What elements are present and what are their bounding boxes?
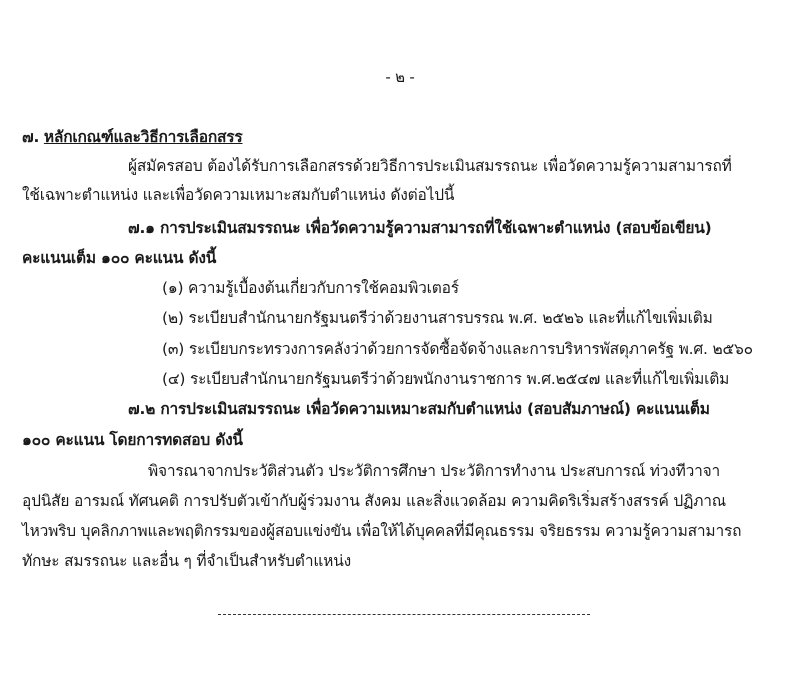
subsection-2-heading-line-2: ๑๐๐ คะแนน โดยการทดสอบ ดังนี้ [22, 427, 243, 453]
end-divider [218, 614, 590, 615]
body-line-4: ทักษะ สมรรถนะ และอื่น ๆ ที่จำเป็นสำหรับต… [22, 548, 351, 574]
section-number: ๗. [22, 128, 39, 146]
intro-line-1: ผู้สมัครสอบ ต้องได้รับการเลือกสรรด้วยวิธ… [128, 153, 732, 179]
subsection-1-heading-line-2: คะแนนเต็ม ๑๐๐ คะแนน ดังนี้ [22, 245, 216, 271]
list-item-1: (๑) ความรู้เบื้องต้นเกี่ยวกับการใช้คอมพิ… [162, 275, 459, 301]
list-item-4: (๔) ระเบียบสำนักนายกรัฐมนตรีว่าด้วยพนักง… [162, 366, 729, 392]
list-item-3: (๓) ระเบียบกระทรวงการคลังว่าด้วยการจัดซื… [162, 336, 753, 362]
subsection-1-heading-line-1: ๗.๑ การประเมินสมรรถนะ เพื่อวัดความรู้ควา… [128, 215, 712, 241]
intro-line-2: ใช้เฉพาะตำแหน่ง และเพื่อวัดความเหมาะสมกั… [22, 182, 454, 208]
body-line-3: ไหวพริบ บุคลิกภาพและพฤติกรรมของผู้สอบแข่… [22, 518, 741, 544]
subsection-2-heading-line-1: ๗.๒ การประเมินสมรรถนะ เพื่อวัดความเหมาะส… [128, 396, 710, 422]
document-page: - ๒ - ๗. หลักเกณฑ์และวิธีการเลือกสรร ผู้… [0, 0, 800, 674]
section-title: หลักเกณฑ์และวิธีการเลือกสรร [44, 128, 243, 146]
page-number: - ๒ - [0, 64, 800, 90]
section-heading: ๗. หลักเกณฑ์และวิธีการเลือกสรร [22, 124, 243, 150]
body-line-1: พิจารณาจากประวัติส่วนตัว ประวัติการศึกษา… [148, 458, 720, 484]
body-line-2: อุปนิสัย อารมณ์ ทัศนคติ การปรับตัวเข้ากั… [22, 488, 726, 514]
list-item-2: (๒) ระเบียบสำนักนายกรัฐมนตรีว่าด้วยงานสา… [162, 305, 713, 331]
